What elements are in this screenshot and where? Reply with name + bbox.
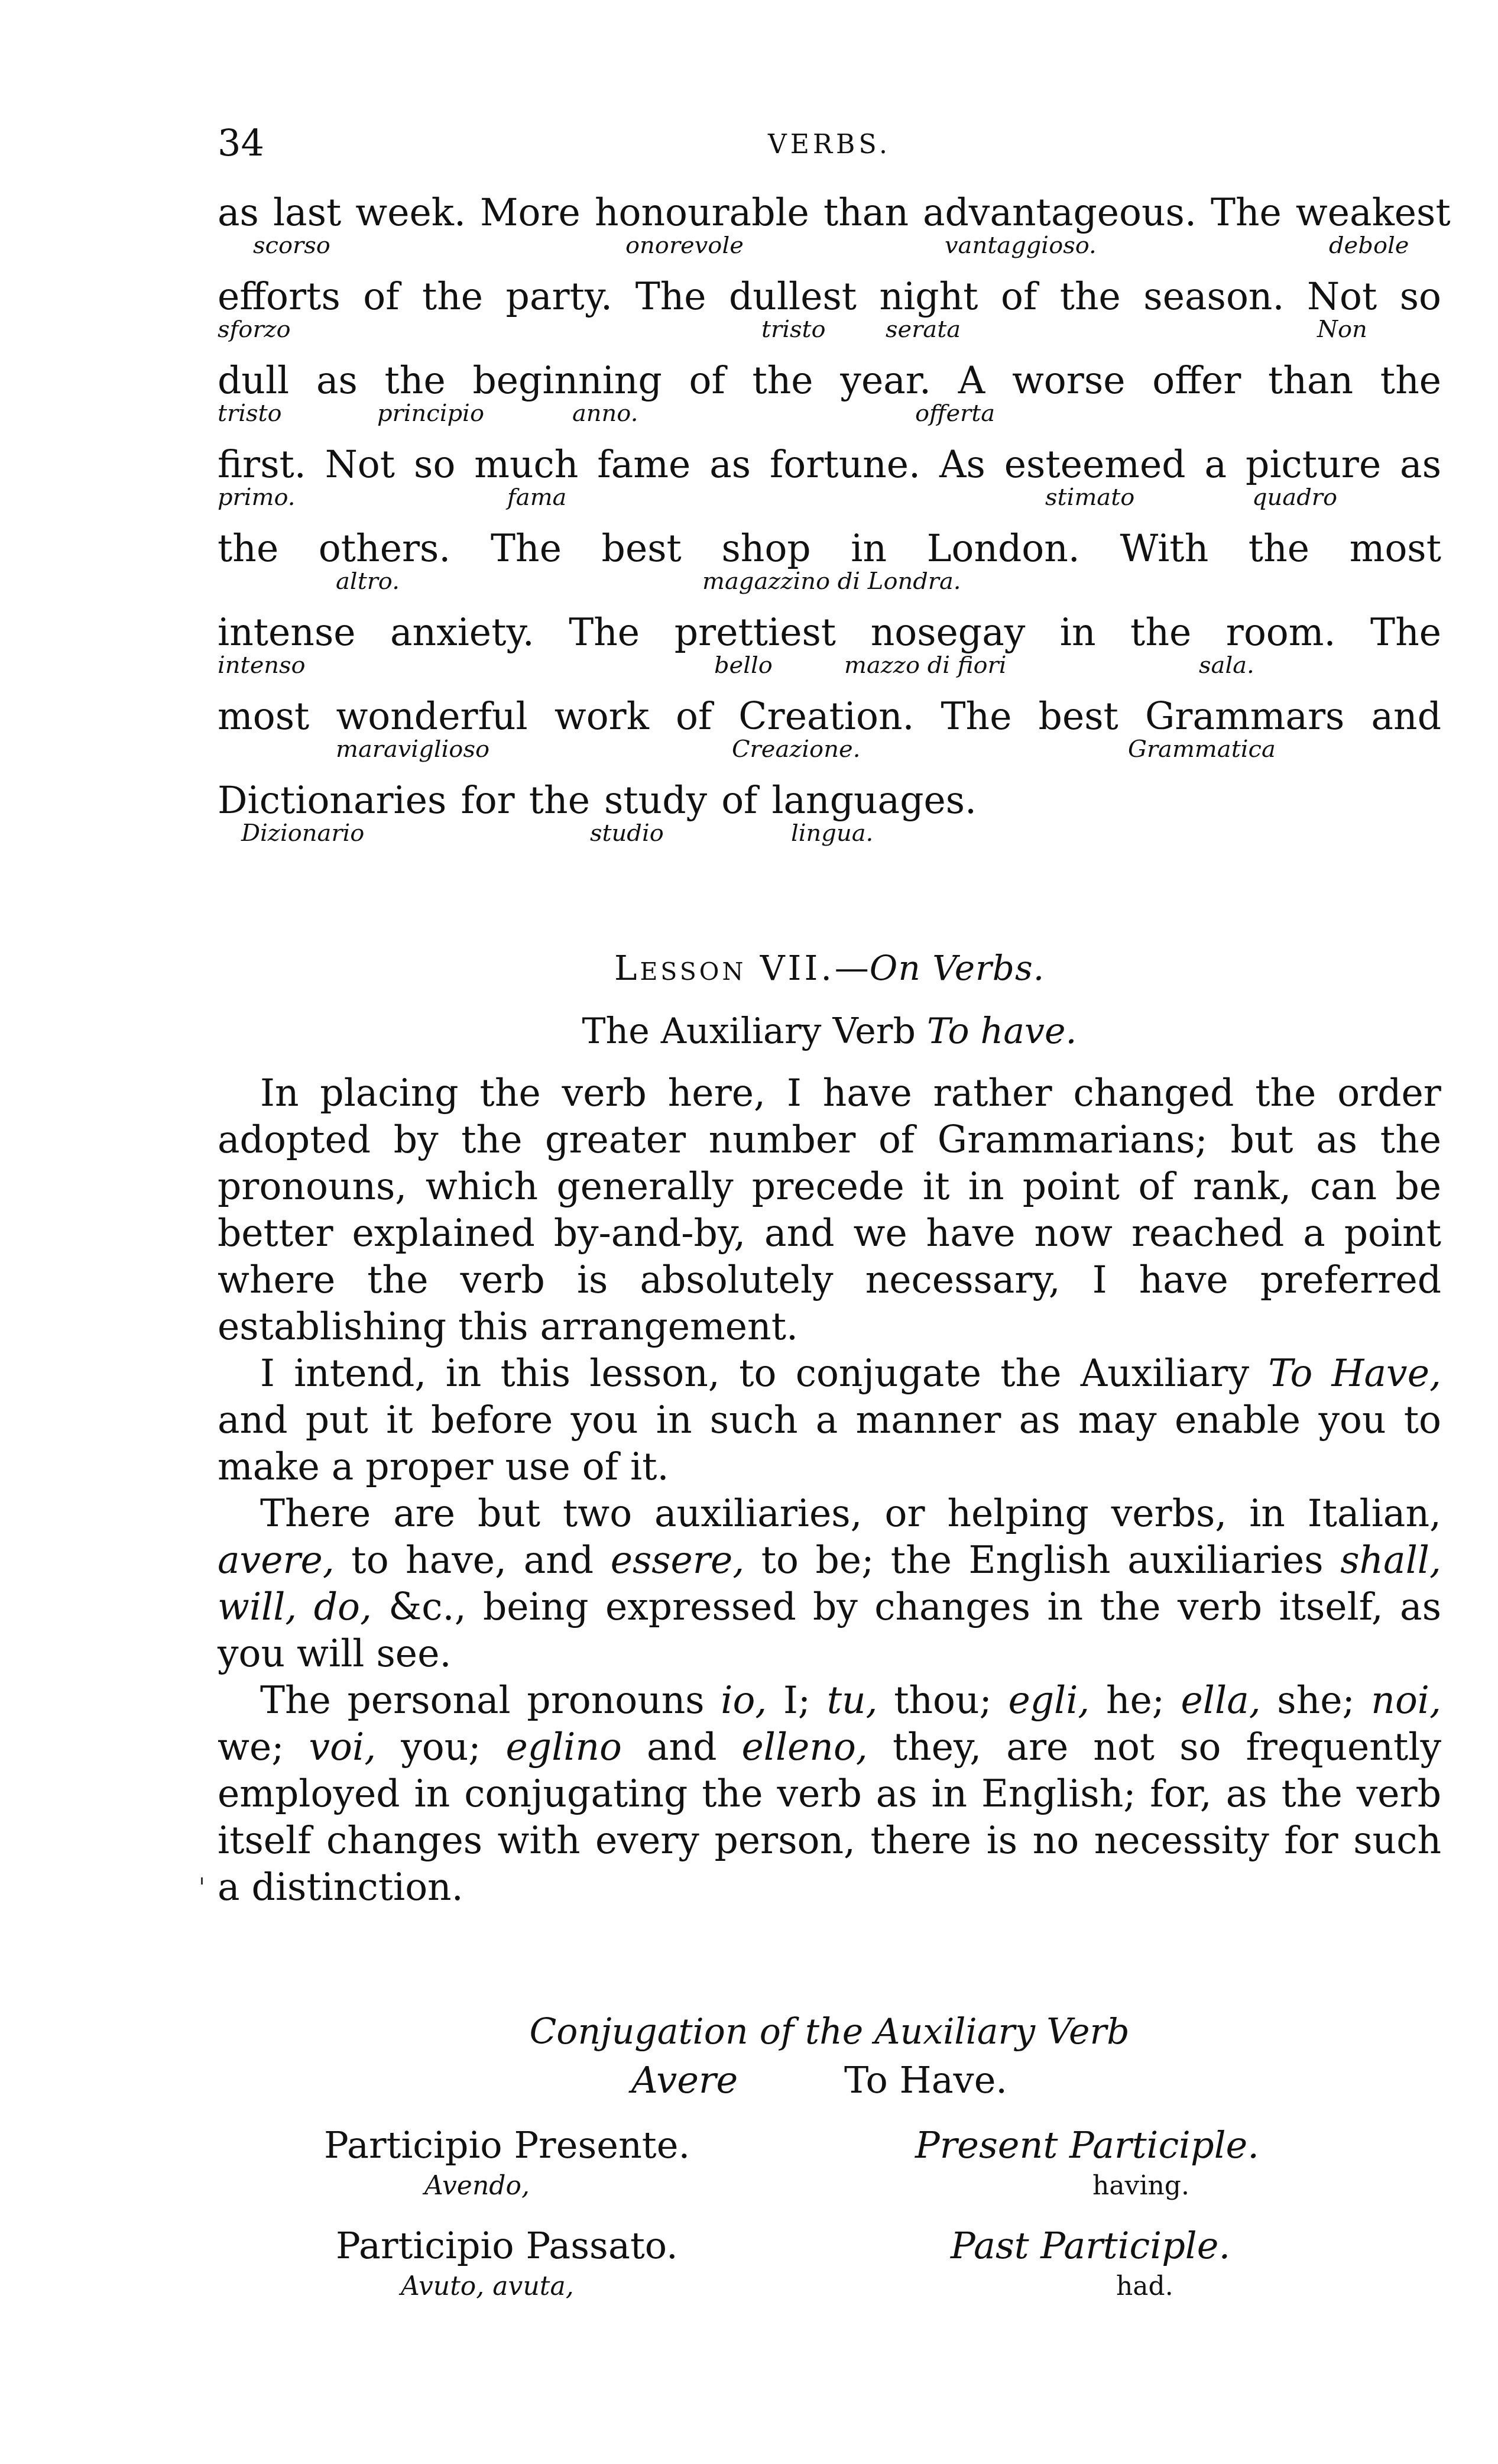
present-participle-row: Participio Presente. Present Participle. [218,2112,1441,2171]
paragraph-text: and put it before you in such a manner a… [218,1398,1441,1488]
italian-past-participle: Avuto, avuta, [401,2271,574,2301]
italian-gloss: primo. [218,485,296,509]
italian-past-participle-label: Participio Passato. [336,2224,678,2267]
italic-term: egli, [1008,1679,1090,1722]
italic-term: voi, [309,1725,376,1769]
gloss-line: altro.magazzino di Londra. [218,568,1441,613]
english-past-participle: had. [1116,2271,1173,2301]
gloss-line: Dizionariostudiolingua. [218,820,1441,865]
italian-gloss: tristo [761,318,826,341]
exercise-line: first. Not so much fame as fortune. As e… [218,445,1441,484]
italian-gloss: stimato [1045,485,1134,509]
paragraph-text: &c., being expressed by changes in the v… [218,1585,1441,1675]
italian-gloss: scorso [253,234,330,257]
paragraph-text: to be; the English auxiliaries [744,1539,1340,1582]
conjugation-title: Conjugation of the Auxiliary Verb [218,2011,1441,2052]
paragraph-text: thou; [878,1679,1009,1722]
running-title: VERBS. [218,129,1441,160]
italian-infinitive: Avere [631,2058,738,2102]
italian-gloss: quadro [1252,485,1337,509]
italian-gloss: Grammatica [1128,737,1276,761]
italian-gloss: principio [377,402,484,425]
paragraph-text: he; [1090,1679,1181,1722]
lesson-dash: — [835,948,870,988]
italian-gloss: anno. [572,402,638,425]
infinitive-row: Avere To Have. [218,2052,1441,2112]
italian-gloss: offerta [915,402,995,425]
subheading-italic: To have. [927,1011,1077,1052]
paragraph-text: I; [767,1679,826,1722]
exercise-line: Dictionaries for the study of languages. [218,781,1441,820]
exercise-line: as last week. More honourable than advan… [218,193,1441,232]
italic-term: noi, [1371,1679,1441,1722]
italic-term: ella, [1181,1679,1261,1722]
italian-gloss: maraviglioso [336,737,489,761]
italic-term: avere, [218,1539,335,1582]
exercise-line: intense anxiety. The prettiest nosegay i… [218,613,1441,652]
gloss-line: maravigliosoCreazione.Grammatica [218,736,1441,781]
italian-gloss: Creazione. [732,737,860,761]
italic-term: essere, [611,1539,745,1582]
print-speck [201,1877,203,1885]
book-page: 34 VERBS. as last week. More honourable … [218,121,1441,2313]
paragraph-text: I intend, in this lesson, to conjugate t… [260,1352,1268,1395]
english-infinitive: To Have. [844,2058,1007,2102]
italian-gloss: debole [1329,234,1409,257]
italian-gloss: Non [1317,318,1367,341]
italian-gloss: mazzo di fiori [844,653,1007,677]
running-head: 34 VERBS. [218,121,1441,174]
italic-term: tu, [827,1679,878,1722]
lesson-subheading: The Auxiliary Verb To have. [218,1011,1441,1052]
exercise-line: most wonderful work of Creation. The bes… [218,697,1441,736]
paragraph-text: we; [218,1725,309,1769]
past-participle-forms: Avuto, avuta, had. [218,2271,1441,2313]
italian-gloss: fama [507,485,566,509]
italian-gloss: magazzino di Londra. [702,569,961,593]
past-participle-row: Participio Passato. Past Participle. [218,2212,1441,2271]
paragraph-text: and [622,1725,742,1769]
english-past-participle-label: Past Participle. [951,2224,1230,2267]
italian-present-participle-label: Participio Presente. [324,2123,690,2167]
paragraph-text: The personal pronouns [260,1679,721,1722]
italian-gloss: serata [886,318,961,341]
english-present-participle: having. [1092,2171,1189,2201]
present-participle-forms: Avendo, having. [218,2171,1441,2212]
italian-gloss: lingua. [791,821,873,845]
paragraph-text: you; [376,1725,505,1769]
gloss-line: intensobellomazzo di fiorisala. [218,652,1441,697]
exercise-line: dull as the beginning of the year. A wor… [218,361,1441,400]
italic-term: eglino [506,1725,622,1769]
exercise-line: the others. The best shop in London. Wit… [218,529,1441,568]
lesson-heading: Lesson VII.—On Verbs. [218,948,1441,988]
italian-gloss: tristo [218,402,282,425]
lesson-body: In placing the verb here, I have rather … [218,1070,1441,1911]
lesson-paragraph: There are but two auxiliaries, or helpin… [218,1490,1441,1677]
italic-term: io, [721,1679,767,1722]
paragraph-text: In placing the verb here, I have rather … [218,1071,1441,1348]
italian-gloss: intenso [218,653,306,677]
english-present-participle-label: Present Participle. [915,2123,1259,2167]
translation-exercise: as last week. More honourable than advan… [218,193,1441,865]
italic-term: To Have, [1268,1352,1441,1395]
italian-gloss: studio [590,821,664,845]
italian-present-participle: Avendo, [424,2171,530,2201]
italian-gloss: vantaggioso. [945,234,1097,257]
exercise-line: efforts of the party. The dullest night … [218,277,1441,316]
lesson-topic: On Verbs. [870,948,1045,988]
italian-gloss: sforzo [218,318,291,341]
paragraph-text: to have, and [335,1539,611,1582]
lesson-paragraph: In placing the verb here, I have rather … [218,1070,1441,1350]
subheading-text: The Auxiliary Verb [582,1011,928,1052]
italic-term: elleno, [741,1725,867,1769]
lesson-number: Lesson VII. [614,948,835,988]
gloss-line: primo.famastimatoquadro [218,484,1441,529]
lesson-paragraph: The personal pronouns io, I; tu, thou; e… [218,1677,1441,1911]
italian-gloss: bello [714,653,773,677]
gloss-line: tristoprincipioanno.offerta [218,400,1441,445]
italian-gloss: altro. [336,569,400,593]
gloss-line: scorsoonorevolevantaggioso.debole [218,232,1441,277]
paragraph-text: she; [1261,1679,1371,1722]
italian-gloss: onorevole [625,234,744,257]
italian-gloss: Dizionario [241,821,364,845]
paragraph-text: There are but two auxiliaries, or helpin… [260,1492,1441,1535]
lesson-paragraph: I intend, in this lesson, to conjugate t… [218,1350,1441,1490]
italian-gloss: sala. [1199,653,1254,677]
gloss-line: sforzotristoserataNon [218,316,1441,361]
